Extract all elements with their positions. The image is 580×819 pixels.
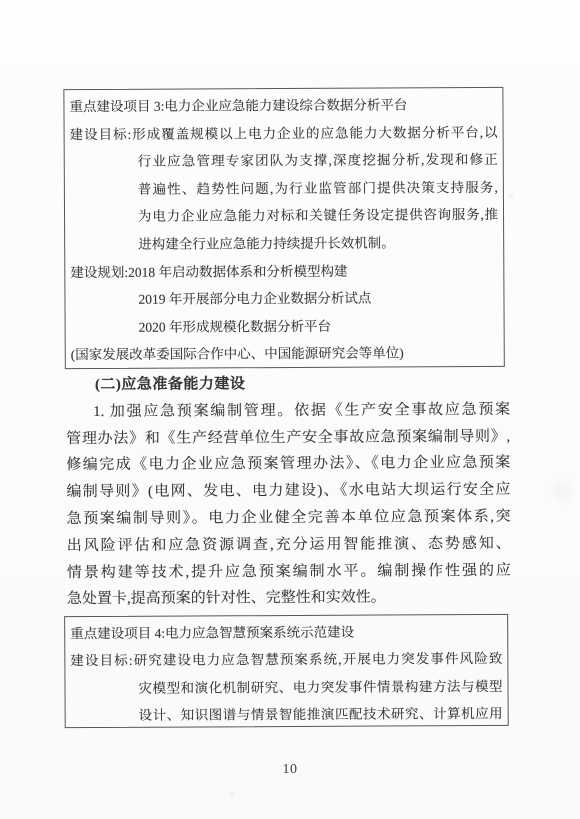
project-4-title: 重点建设项目 4:电力应急智慧预案系统示范建设 <box>70 618 502 648</box>
project-3-goal-line-3: 普遍性、趋势性问题,为行业监管部门提供决策支持服务, <box>70 174 498 204</box>
project-3-units: (国家发展改革委国际合作中心、中国能源研究会等单位) <box>71 339 499 369</box>
body-line-6: 出风险评估和应急资源调查,充分运用智能推演、态势感知、 <box>67 531 511 560</box>
body-line-7: 情景构建等技术,提升应急预案编制水平。编制操作性强的应 <box>67 557 511 586</box>
project-4-goal-line-1: 建设目标:研究建设电力应急智慧预案系统,开展电力突发事件风险致 <box>70 645 502 675</box>
project-box-4: 重点建设项目 4:电力应急智慧预案系统示范建设 建设目标:研究建设电力应急智慧预… <box>64 614 509 728</box>
scanned-sheet: 重点建设项目 3:电力企业应急能力建设综合数据分析平台 建设目标:形成覆盖规模以… <box>0 0 580 819</box>
body-line-3: 修编完成《电力企业应急预案管理办法》、《电力企业应急预案 <box>66 450 510 479</box>
project-3-goal-line-4: 为电力企业应急能力对标和关键任务设定提供咨询服务,推 <box>70 201 498 231</box>
project-3-plan-2020: 2020 年形成规模化数据分析平台 <box>71 312 499 342</box>
body-text: (二)应急准备能力建设 1. 加强应急预案编制管理。依据《生产安全事故应急预案 … <box>66 370 511 613</box>
body-line-8: 急处置卡,提高预案的针对性、完整性和实效性。 <box>67 584 511 613</box>
page-number: 10 <box>0 762 580 778</box>
project-3-goal-line-5: 进构建全行业应急能力持续提升长效机制。 <box>70 229 498 259</box>
project-4-goal-line-2: 灾模型和演化机制研究、电力突发事件情景构建方法与模型 <box>70 673 502 703</box>
project-4-goal-line-3: 设计、知识图谱与情景智能推演匹配技术研究、计算机应用 <box>71 700 503 730</box>
project-3-goal-line-1: 建设目标:形成覆盖规模以上电力企业的应急能力大数据分析平台,以 <box>70 119 498 149</box>
section-heading: (二)应急准备能力建设 <box>66 370 510 399</box>
body-line-1: 1. 加强应急预案编制管理。依据《生产安全事故应急预案 <box>66 397 510 426</box>
body-line-4: 编制导则》(电网、发电、电力建设)、《水电站大坝运行安全应 <box>66 477 510 506</box>
project-3-title: 重点建设项目 3:电力企业应急能力建设综合数据分析平台 <box>69 91 497 121</box>
body-line-2: 管理办法》和《生产经营单位生产安全事故应急预案编制导则》, <box>66 423 510 452</box>
body-line-5: 急预案编制导则》。电力企业健全完善本单位应急预案体系,突 <box>67 504 511 533</box>
document-page: 重点建设项目 3:电力企业应急能力建设综合数据分析平台 建设目标:形成覆盖规模以… <box>0 0 580 819</box>
project-3-plan-2018: 建设规划:2018 年启动数据体系和分析模型构建 <box>70 256 498 286</box>
project-3-goal-line-2: 行业应急管理专家团队为支撑,深度挖掘分析,发现和修正 <box>70 146 498 176</box>
project-3-plan-2019: 2019 年开展部分电力企业数据分析试点 <box>70 284 498 314</box>
project-box-3: 重点建设项目 3:电力企业应急能力建设综合数据分析平台 建设目标:形成覆盖规模以… <box>63 87 504 369</box>
